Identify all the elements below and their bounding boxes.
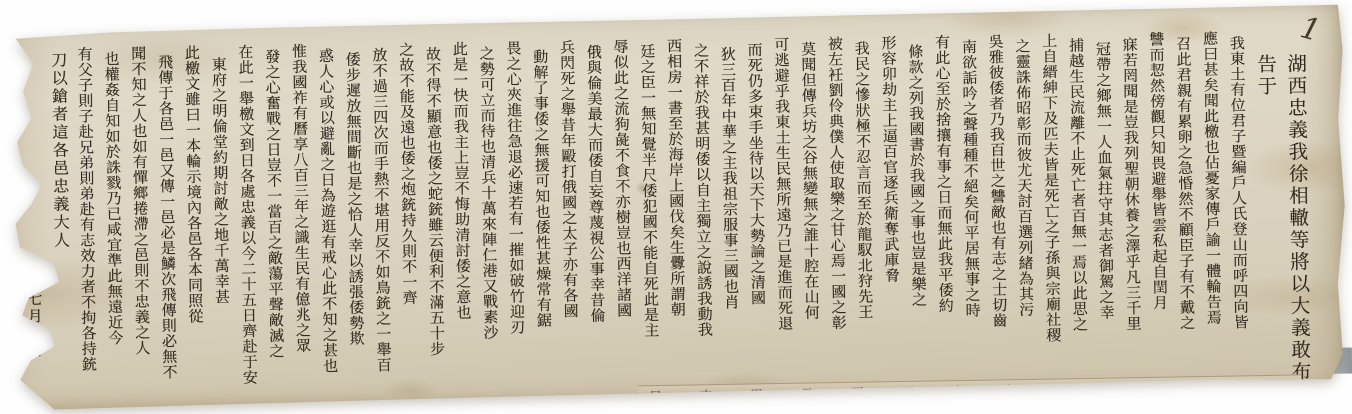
text-column: 有此心至於捨攘有事之日而無此我平倭約: [928, 28, 960, 392]
text-column: 此是一快而我主上豈不悔助清討倭之意也: [446, 35, 478, 399]
text-column: 讐而恝然傍觀只知畏避舉皆雲私起自閏月: [1142, 25, 1174, 389]
text-column: 飛傳于各邑一邑又傳一邑必是鱗次飛傳則必無不: [151, 39, 183, 403]
text-column: 東府之明倫堂約期討敵之地千萬幸甚: [205, 38, 237, 402]
text-column: 南欲詬吟之聲種種不絕矣何平居無事之時: [955, 28, 987, 392]
photo-scene: 1 湖西忠義我徐相轍等將以大義敢布告于我東土有位君子暨編戶人氏登山而呼四向皆應曰…: [0, 0, 1352, 414]
text-column: 辱似此之流狗彘不食不亦樹豈也西洋諸國: [606, 33, 638, 397]
text-column: 之勢可立而待也清兵十萬來陣仁港又戰素沙: [472, 34, 504, 398]
text-column: 惟我國祚有曆享八百三年之識生民有億兆之眾: [285, 37, 317, 401]
text-column: 可逃避乎我東土生民無所遠乃已是進而死退: [767, 30, 799, 394]
text-column: 畏之心夾進往急退必速若有一摧如破竹迎刃: [499, 34, 531, 398]
text-column: 此檄文雖曰一本輪示境內各邑各本同照從: [178, 39, 210, 403]
text-column: 廷之臣一無知覺半尺倭犯國不能自死此是主: [633, 32, 665, 396]
text-column: 捕越生民流離不止死亡者百無一焉以此思之: [1062, 26, 1094, 390]
text-column: 動解了事倭之無援可知也倭性甚燥常有鋸: [526, 34, 558, 398]
manuscript-paper: 1 湖西忠義我徐相轍等將以大義敢布告于我東土有位君子暨編戶人氏登山而呼四向皆應曰…: [3, 3, 1348, 412]
text-column: 莫聞但傳兵坊之谷無變無之誰十腔在山何: [794, 30, 826, 394]
text-column: 上自縉紳下及匹夫皆是死亡之子孫與宗廟社稷: [1035, 27, 1067, 391]
text-column: 惑人心或以避亂之日為遊逛有戒心此不知之甚也: [312, 37, 344, 401]
text-column: 之靈誅佈昭彰而彼尤天討百選列緒為其污: [1008, 27, 1040, 391]
text-column: 寐若罔聞是豈我列聖朝休養之澤乎凡三千里: [1116, 25, 1148, 389]
text-column: 故不得不顯意也倭之蛇銃雖云便利不滿五十步: [419, 35, 451, 399]
text-column: 我民之慘狀極不忍言而至於龍馭北狩先王: [848, 29, 880, 393]
text-column: 在此一舉檄文到日各處忠義以今二十五日齊赴于安: [231, 38, 263, 402]
text-column: 聞不知之人也如有憚鄉捲滯之邑則不忠義之人: [124, 39, 156, 403]
text-column: 條款之列我國書於我國之事也豈是樂之: [901, 28, 933, 392]
text-column: 俄與倫美最大而倭自妄尊蔑視公事幸昔倫: [580, 33, 612, 397]
manuscript-text: 湖西忠義我徐相轍等將以大義敢布告于我東土有位君子暨編戶人氏登山而呼四向皆應曰甚矣…: [26, 23, 1315, 405]
text-column: 我東土有位君子暨編戶人氏登山而呼四向皆: [1223, 24, 1255, 388]
text-column: 兵閃死之舉昔年毆打俄國之太子亦有各國: [553, 33, 585, 397]
text-column: 狄三百年中華之主我祖宗服事三國也肖: [714, 31, 746, 395]
text-column: 倭步遲放無間斷也是之恰人幸以誘張倭勢欺: [338, 36, 370, 400]
text-column: 放不過三四次而手熱不堪用反不如鳥銃之一舉百: [365, 36, 397, 400]
text-column: 湖西忠義我徐相轍等將以大義敢布告于: [1250, 23, 1315, 388]
text-column: 有父子則子赴兄弟則弟赴有志效力者不拘各持銃: [71, 40, 103, 404]
text-column: 也權姦自知如於誅戮乃已咸宜準此無遠近今: [97, 40, 129, 404]
text-column: 刀以鎗者這各邑忠義大人: [44, 40, 76, 404]
text-column: 被左衽劉伶典僕人使取樂之甘心焉一國之彰: [821, 30, 853, 394]
text-column: 而死仍多束手坐待以天下大勢論之清國: [740, 31, 772, 395]
text-column: 吳雅彼倭者乃我百世之讐敵也有志之士切齒: [982, 27, 1014, 391]
text-column: 發之心奮戰之日豈不一當百之敵蕩平聲敵滅之: [258, 37, 290, 401]
text-column: 形容卯劫主上逼百官逐兵衛奪武庫脅: [874, 29, 906, 393]
text-column: 之不祥於我甚明倭以自主獨立之說誘我動我: [687, 31, 719, 395]
text-column: 西相房一書至於海岸上國伐矣生釁所謂朝: [660, 32, 692, 396]
text-column: 之故不能及遠也倭之炮銃持久則不一齊: [392, 36, 424, 400]
text-column: 冠帶之鄉無一人血氣拄守其志者御駕之幸: [1089, 26, 1121, 390]
text-column: 召此君親有累卵之急惛然不顧臣子有不戴之: [1169, 25, 1201, 389]
manuscript-paper-wrap: 1 湖西忠義我徐相轍等將以大義敢布告于我東土有位君子暨編戶人氏登山而呼四向皆應曰…: [6, 12, 1346, 402]
text-column: 應曰甚矣聞此檄也佔憂家傳戶諭一體輪告焉: [1196, 24, 1228, 388]
